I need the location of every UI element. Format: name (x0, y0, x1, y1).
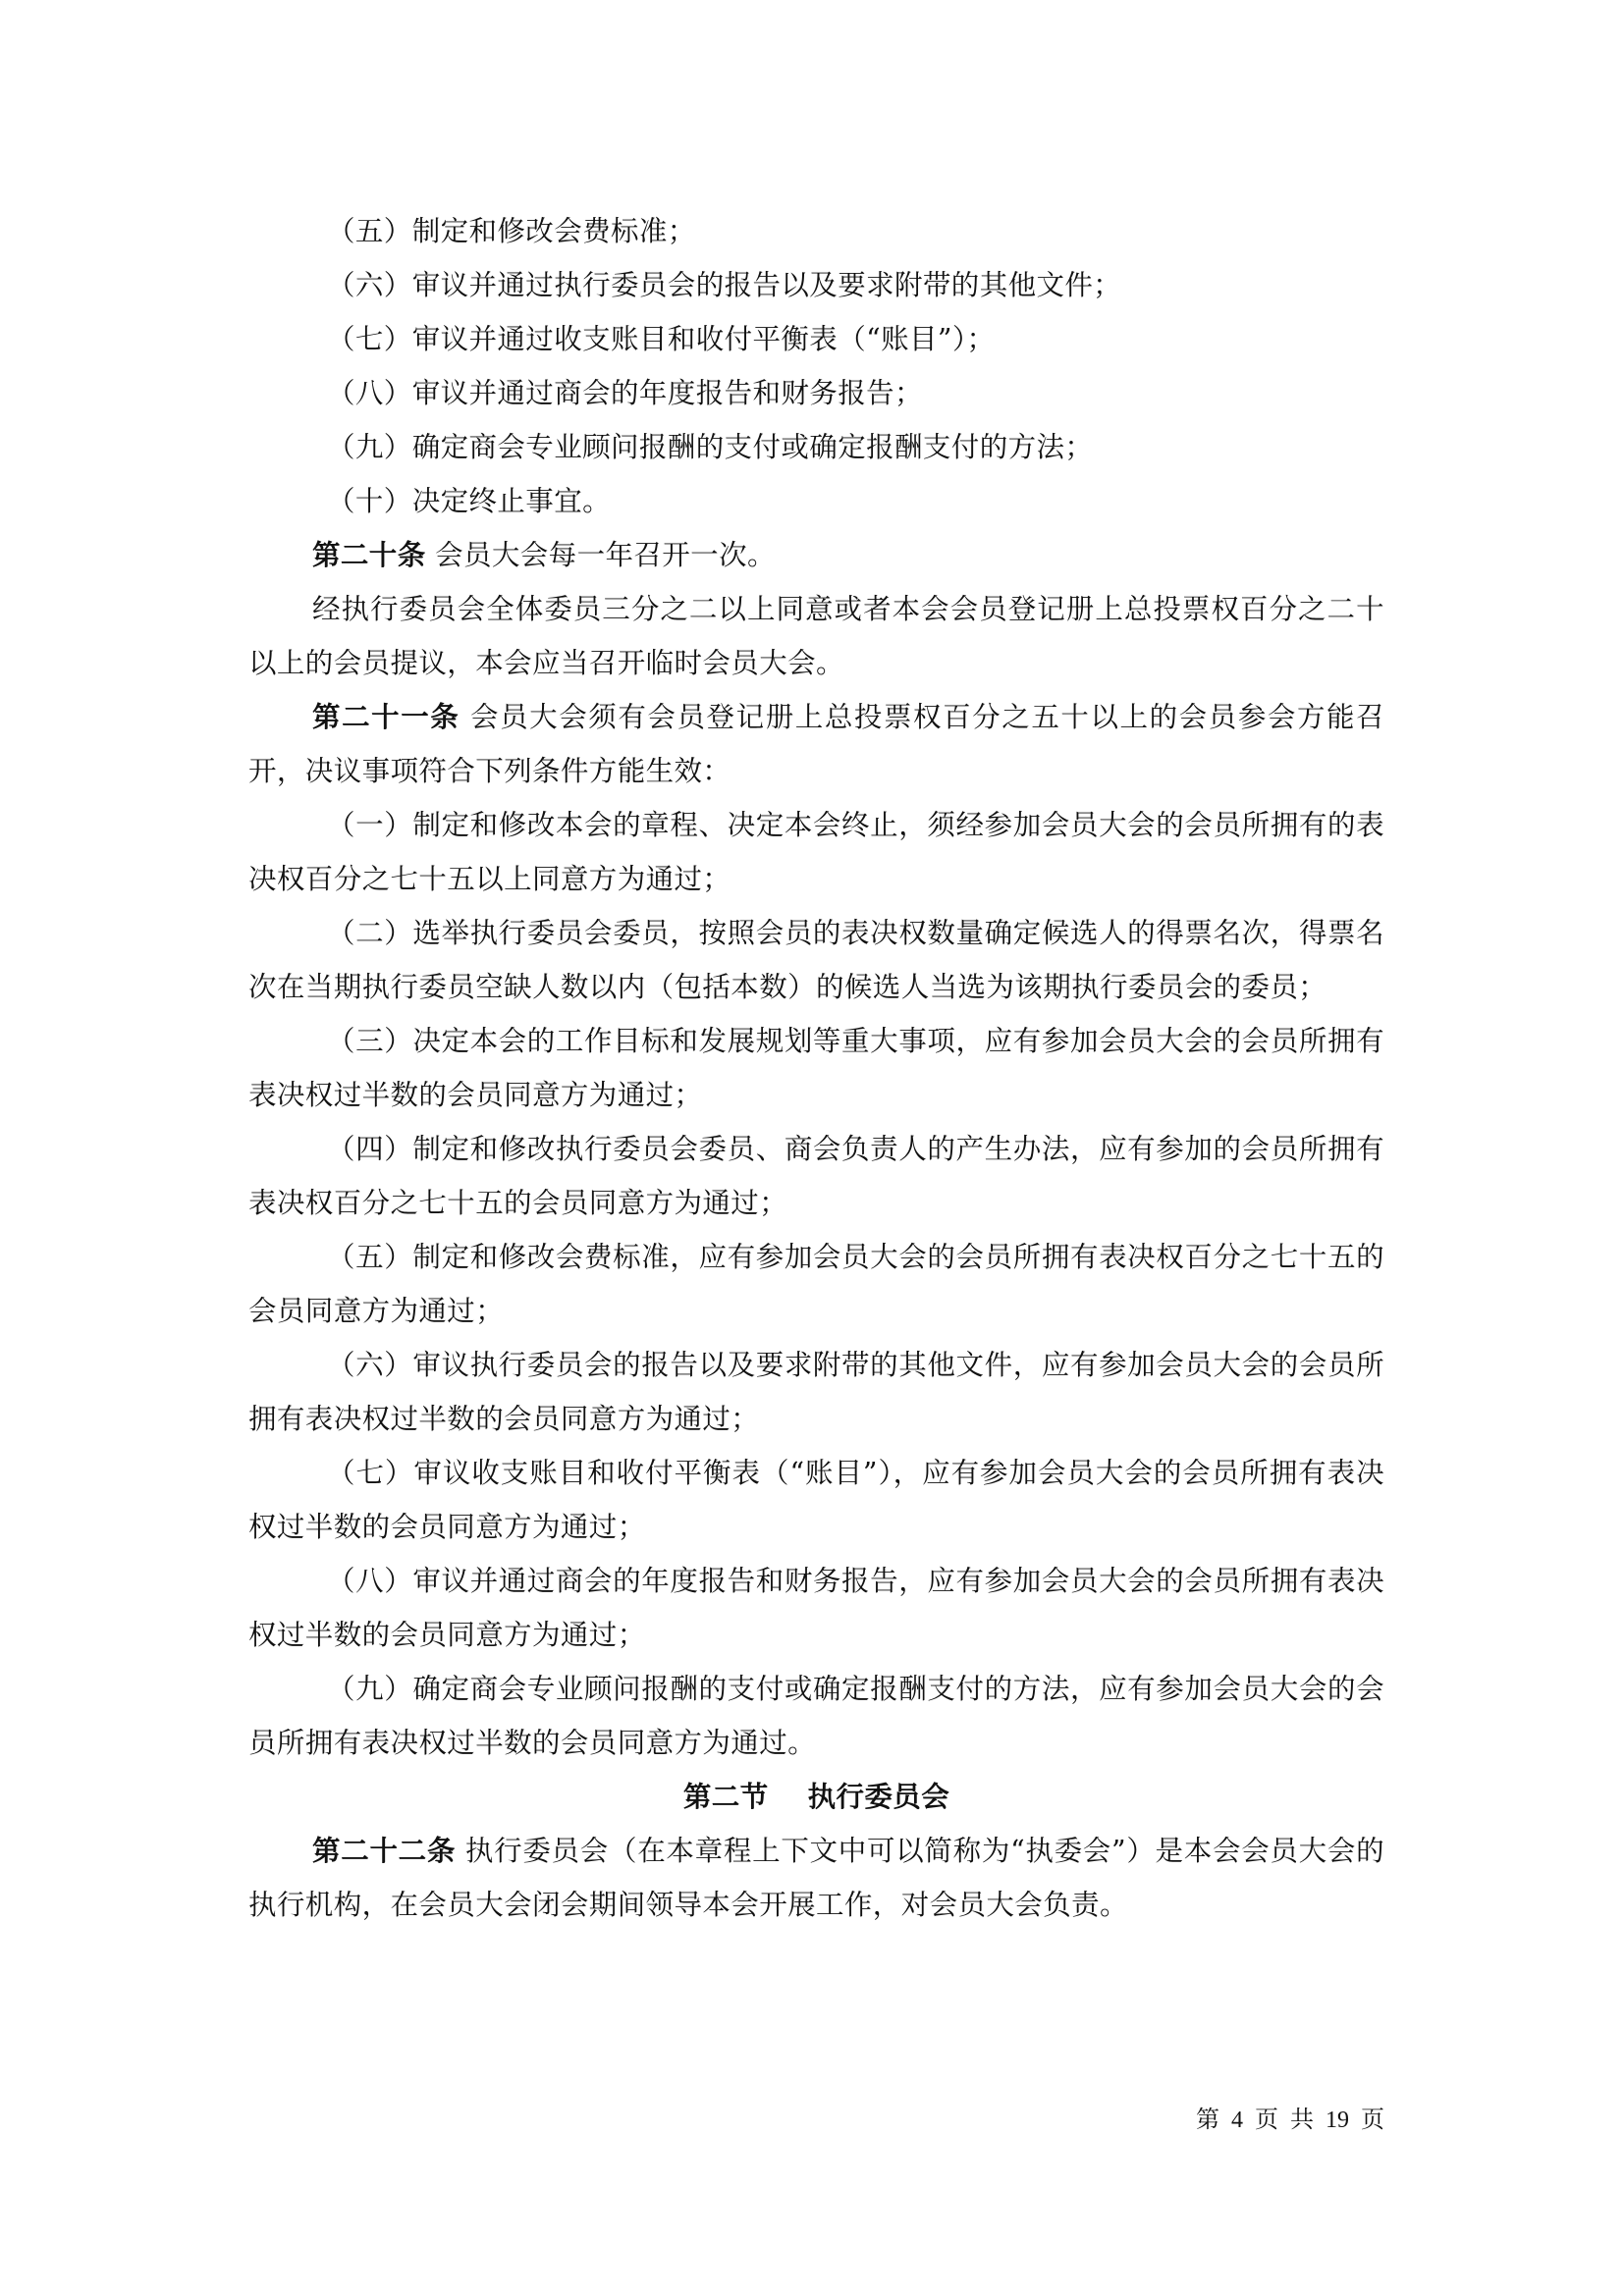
article-21: 第二十一条 会员大会须有会员登记册上总投票权百分之五十以上的会员参会方能召开，决… (248, 690, 1384, 798)
list-item: （四）制定和修改执行委员会委员、商会负责人的产生办法，应有参加的会员所拥有表决权… (248, 1122, 1384, 1230)
document-page: （五）制定和修改会费标准； （六）审议并通过执行委员会的报告以及要求附带的其他文… (248, 204, 1384, 1932)
list-item: （九）确定商会专业顾问报酬的支付或确定报酬支付的方法； (248, 420, 1384, 474)
section-number: 第二节 (683, 1780, 769, 1813)
list-item: （一）制定和修改本会的章程、决定本会终止，须经参加会员大会的会员所拥有的表决权百… (248, 798, 1384, 906)
list-item: （七）审议并通过收支账目和收付平衡表（“账目”）； (248, 312, 1384, 366)
list-item: （六）审议并通过执行委员会的报告以及要求附带的其他文件； (248, 258, 1384, 312)
article-text: 会员大会每一年召开一次。 (435, 539, 776, 571)
article-heading: 第二十一条 (312, 700, 460, 733)
list-item: （八）审议并通过商会的年度报告和财务报告； (248, 366, 1384, 420)
list-item: （六）审议执行委员会的报告以及要求附带的其他文件，应有参加会员大会的会员所拥有表… (248, 1338, 1384, 1446)
section-title: 第二节执行委员会 (248, 1770, 1384, 1824)
article-22: 第二十二条 执行委员会（在本章程上下文中可以简称为“执委会”）是本会会员大会的执… (248, 1824, 1384, 1932)
article-heading: 第二十条 (312, 538, 426, 571)
list-item: （九）确定商会专业顾问报酬的支付或确定报酬支付的方法，应有参加会员大会的会员所拥… (248, 1662, 1384, 1770)
section-name: 执行委员会 (808, 1780, 950, 1813)
list-item: （五）制定和修改会费标准； (248, 204, 1384, 258)
article-20: 第二十条 会员大会每一年召开一次。 (248, 528, 1384, 582)
list-item: （三）决定本会的工作目标和发展规划等重大事项，应有参加会员大会的会员所拥有表决权… (248, 1014, 1384, 1122)
list-item: （七）审议收支账目和收付平衡表（“账目”），应有参加会员大会的会员所拥有表决权过… (248, 1446, 1384, 1554)
list-item: （十）决定终止事宜。 (248, 474, 1384, 528)
list-item: （二）选举执行委员会委员，按照会员的表决权数量确定候选人的得票名次，得票名次在当… (248, 906, 1384, 1014)
list-item: （八）审议并通过商会的年度报告和财务报告，应有参加会员大会的会员所拥有表决权过半… (248, 1554, 1384, 1662)
article-20-paragraph: 经执行委员会全体委员三分之二以上同意或者本会会员登记册上总投票权百分之二十以上的… (248, 582, 1384, 690)
page-number-footer: 第 4 页 共 19 页 (1168, 2101, 1384, 2140)
article-heading: 第二十二条 (312, 1834, 456, 1867)
list-item: （五）制定和修改会费标准，应有参加会员大会的会员所拥有表决权百分之七十五的会员同… (248, 1230, 1384, 1338)
